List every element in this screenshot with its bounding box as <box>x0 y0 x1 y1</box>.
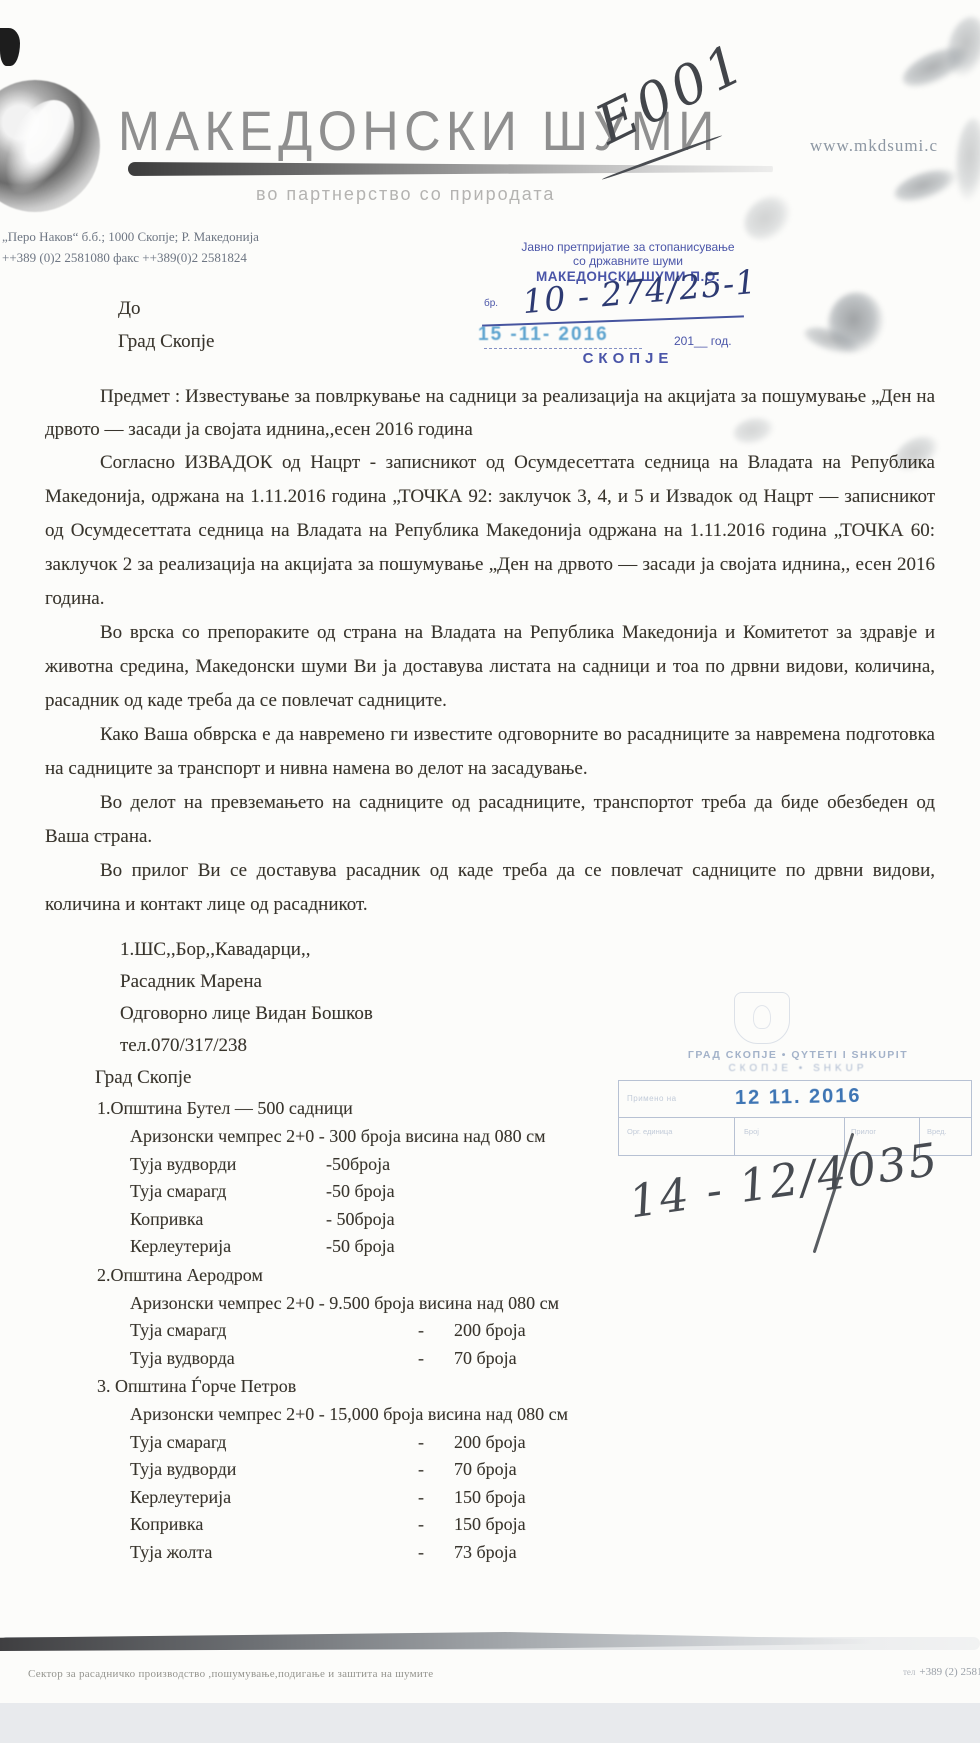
received-date: 12 11. 2016 <box>735 1085 862 1110</box>
sapling-row: Керлеутерија-150 броја <box>130 1484 935 1512</box>
received-stamp-header: ГРАД СКОПЈЕ • QYTETI I SHKUPIT <box>616 1049 980 1061</box>
subject-line: Предмет : Известување за повлркување на … <box>45 380 935 446</box>
municipality-section: 2.Општина АеродромАризонски чемпрес 2+0 … <box>45 1261 935 1373</box>
website-url: www.mkdsumi.c <box>810 136 938 156</box>
footer-phone-number: +389 (2) 2581 080 <box>919 1666 980 1678</box>
footer-sector-text: Сектор за расадничко производство ,пошум… <box>28 1668 433 1680</box>
sapling-row: Аризонски чемпрес 2+0 - 15,000 броја вис… <box>130 1401 935 1429</box>
sapling-row: Туја вудворди-70 броја <box>130 1456 935 1484</box>
scan-corner-mark <box>0 28 20 66</box>
received-label: Примено на <box>627 1094 677 1103</box>
sapling-row: Аризонски чемпрес 2+0 - 9.500 броја виси… <box>130 1290 935 1318</box>
phone-line: ++389 (0)2 2581080 факс ++389(0)2 258182… <box>2 247 259 268</box>
leaf-watermark <box>953 117 980 203</box>
sapling-row: Туја смарагд-200 броја <box>130 1317 935 1345</box>
city-coat-of-arms-icon <box>734 992 790 1044</box>
company-logo-icon <box>0 80 100 212</box>
address-line: „Перо Наков“ б.б.; 1000 Скопје; Р. Макед… <box>2 226 259 247</box>
sapling-row: Туја вудворда-70 броја <box>130 1345 935 1373</box>
municipality-title: 2.Општина Аеродром <box>97 1261 935 1290</box>
brand-tagline: во партнерство со природата <box>256 184 555 205</box>
table-cell-label: Број <box>744 1127 759 1136</box>
leaf-watermark <box>890 162 961 208</box>
company-address: „Перо Наков“ б.б.; 1000 Скопје; Р. Макед… <box>2 226 259 268</box>
scanned-letter-page: МАКЕДОНСКИ ШУМИ во партнерство со природ… <box>0 0 980 1743</box>
sapling-row: Туја жолта-73 броја <box>130 1539 935 1567</box>
footer-phone: тел+389 (2) 2581 080 <box>903 1666 980 1678</box>
received-stamp: ГРАД СКОПЈЕ • QYTETI I SHKUPIT СКОПЈЕ • … <box>616 992 980 1252</box>
letter-body: До Град Скопје Предмет : Известување за … <box>45 292 935 1566</box>
paragraph: Во врска со препораките од страна на Вла… <box>45 616 935 718</box>
scan-edge-strip <box>0 1703 980 1743</box>
paragraph: Како Ваша обврска е да навремено ги изве… <box>45 718 935 786</box>
table-cell-label: Орг. единица <box>627 1127 672 1136</box>
to-label: До <box>118 292 935 325</box>
stamp-org-line: Јавно претпријатие за стопанисување <box>482 240 774 254</box>
footer-phone-label: тел <box>903 1667 915 1677</box>
municipality-title: 3. Општина Ѓорче Петров <box>97 1372 935 1401</box>
table-rule <box>734 1117 735 1155</box>
recipient-block: До Град Скопје <box>118 292 935 358</box>
forest-enterprise: 1.ШС,,Бор,,Кавадарци,, <box>120 934 935 966</box>
recipient-name: Град Скопје <box>118 325 935 358</box>
paragraph: Во делот на превземањето на садниците од… <box>45 786 935 854</box>
paragraph: Во прилог Ви се доставува расадник од ка… <box>45 854 935 922</box>
paragraph: Согласно ИЗВАДОК од Нацрт - записникот о… <box>45 446 935 616</box>
sapling-row: Туја смарагд-200 броја <box>130 1429 935 1457</box>
sapling-row: Копривка-150 броја <box>130 1511 935 1539</box>
municipality-section: 3. Општина Ѓорче ПетровАризонски чемпрес… <box>45 1372 935 1566</box>
received-stamp-subheader: СКОПЈЕ • SHKUP <box>616 1063 980 1074</box>
brand-brush-stroke <box>128 162 773 176</box>
table-cell-label: Прилог <box>851 1127 876 1136</box>
